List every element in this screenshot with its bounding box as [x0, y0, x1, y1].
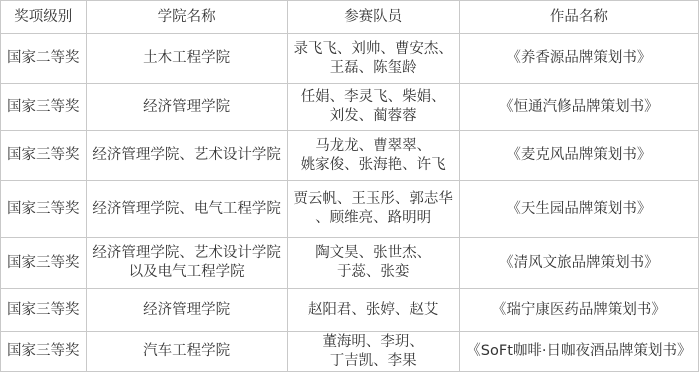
- work-cell: 《瑞宁康医药品牌策划书》: [459, 289, 698, 332]
- table-row: 国家三等奖 经济管理学院 赵阳君、张婷、赵艾 《瑞宁康医药品牌策划书》: [1, 289, 699, 332]
- college-cell: 经济管理学院: [86, 289, 287, 332]
- members-line: 贾云帆、王玉彤、郭志华: [290, 190, 457, 209]
- members-line: 王磊、陈玺龄: [290, 59, 457, 78]
- header-college-name: 学院名称: [86, 1, 287, 34]
- college-line: 土木工程学院: [89, 49, 285, 68]
- work-cell: 《天生园品牌策划书》: [459, 181, 698, 238]
- college-line: 经济管理学院: [89, 301, 285, 320]
- members-line: 马龙龙、曹翠翠、: [290, 137, 457, 156]
- members-cell: 赵阳君、张婷、赵艾: [287, 289, 459, 332]
- members-cell: 马龙龙、曹翠翠、姚家俊、张海艳、许飞: [287, 131, 459, 181]
- award-level-cell: 国家三等奖: [1, 131, 87, 181]
- award-level-cell: 国家三等奖: [1, 181, 87, 238]
- table-header-row: 奖项级别 学院名称 参赛队员 作品名称: [1, 1, 699, 34]
- college-cell: 经济管理学院、艺术设计学院: [86, 131, 287, 181]
- college-cell: 经济管理学院、艺术设计学院以及电气工程学院: [86, 238, 287, 289]
- college-line: 汽车工程学院: [89, 342, 285, 361]
- header-work-name: 作品名称: [459, 1, 698, 34]
- members-cell: 贾云帆、王玉彤、郭志华、顾维亮、路明明: [287, 181, 459, 238]
- members-line: 陶文昊、张世杰、: [290, 244, 457, 263]
- college-line: 经济管理学院、艺术设计学院: [89, 244, 285, 263]
- work-cell: 《SoFt咖啡·日咖夜酒品牌策划书》: [459, 332, 698, 372]
- members-line: 于蕊、张娈: [290, 263, 457, 282]
- members-line: 任娟、李灵飞、柴娟、: [290, 88, 457, 107]
- table-row: 国家三等奖 经济管理学院、艺术设计学院 马龙龙、曹翠翠、姚家俊、张海艳、许飞 《…: [1, 131, 699, 181]
- award-level-cell: 国家三等奖: [1, 238, 87, 289]
- award-level-cell: 国家三等奖: [1, 84, 87, 131]
- members-line: 丁吉凯、李果: [290, 352, 457, 371]
- members-cell: 录飞飞、刘帅、曹安杰、王磊、陈玺龄: [287, 34, 459, 84]
- college-cell: 经济管理学院、电气工程学院: [86, 181, 287, 238]
- members-line: 赵阳君、张婷、赵艾: [290, 301, 457, 320]
- members-line: 刘发、蔺蓉蓉: [290, 107, 457, 126]
- table-row: 国家三等奖 经济管理学院、艺术设计学院以及电气工程学院 陶文昊、张世杰、于蕊、张…: [1, 238, 699, 289]
- college-line: 以及电气工程学院: [89, 263, 285, 282]
- work-cell: 《清风文旅品牌策划书》: [459, 238, 698, 289]
- members-line: 录飞飞、刘帅、曹安杰、: [290, 40, 457, 59]
- header-award-level: 奖项级别: [1, 1, 87, 34]
- college-line: 经济管理学院: [89, 98, 285, 117]
- members-line: 董海明、李玥、: [290, 333, 457, 352]
- award-level-cell: 国家三等奖: [1, 289, 87, 332]
- table-row: 国家三等奖 汽车工程学院 董海明、李玥、丁吉凯、李果 《SoFt咖啡·日咖夜酒品…: [1, 332, 699, 372]
- members-line: 姚家俊、张海艳、许飞: [290, 156, 457, 175]
- awards-table: 奖项级别 学院名称 参赛队员 作品名称 国家二等奖 土木工程学院 录飞飞、刘帅、…: [0, 0, 699, 372]
- table-row: 国家二等奖 土木工程学院 录飞飞、刘帅、曹安杰、王磊、陈玺龄 《养香源品牌策划书…: [1, 34, 699, 84]
- members-cell: 董海明、李玥、丁吉凯、李果: [287, 332, 459, 372]
- award-level-cell: 国家二等奖: [1, 34, 87, 84]
- college-cell: 经济管理学院: [86, 84, 287, 131]
- members-line: 、顾维亮、路明明: [290, 209, 457, 228]
- table-row: 国家三等奖 经济管理学院、电气工程学院 贾云帆、王玉彤、郭志华、顾维亮、路明明 …: [1, 181, 699, 238]
- table-row: 国家三等奖 经济管理学院 任娟、李灵飞、柴娟、刘发、蔺蓉蓉 《恒通汽修品牌策划书…: [1, 84, 699, 131]
- members-cell: 陶文昊、张世杰、于蕊、张娈: [287, 238, 459, 289]
- members-cell: 任娟、李灵飞、柴娟、刘发、蔺蓉蓉: [287, 84, 459, 131]
- college-line: 经济管理学院、电气工程学院: [89, 200, 285, 219]
- work-cell: 《麦克风品牌策划书》: [459, 131, 698, 181]
- award-level-cell: 国家三等奖: [1, 332, 87, 372]
- college-cell: 土木工程学院: [86, 34, 287, 84]
- work-cell: 《养香源品牌策划书》: [459, 34, 698, 84]
- college-cell: 汽车工程学院: [86, 332, 287, 372]
- header-team-members: 参赛队员: [287, 1, 459, 34]
- work-cell: 《恒通汽修品牌策划书》: [459, 84, 698, 131]
- college-line: 经济管理学院、艺术设计学院: [89, 146, 285, 165]
